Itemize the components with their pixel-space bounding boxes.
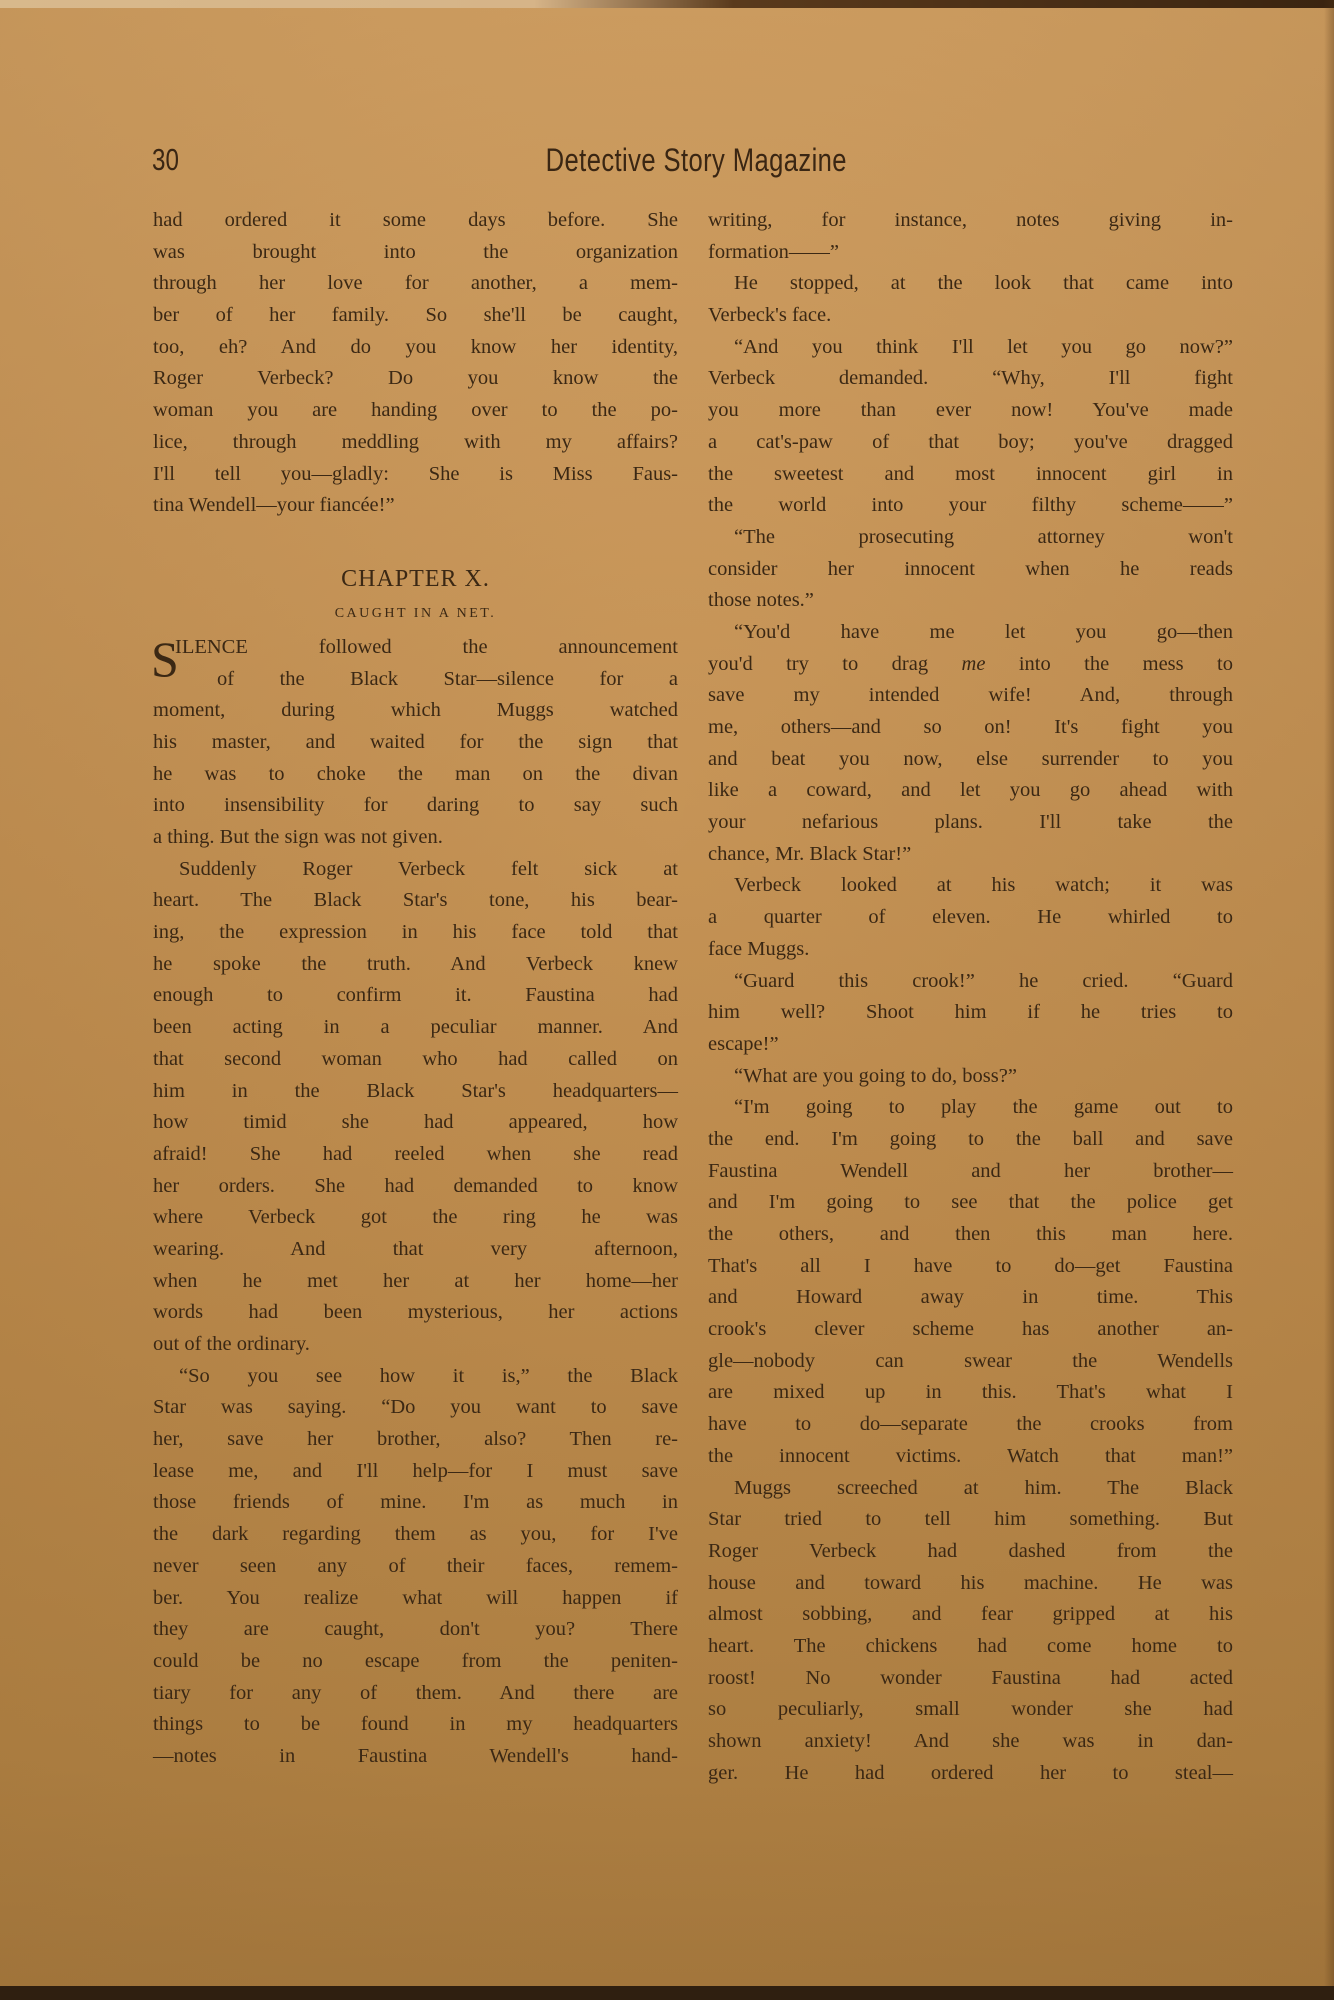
text-line: the dark regarding them as you, for I've — [153, 1519, 678, 1551]
text-line: those friends of mine. I'm as much in — [153, 1487, 678, 1519]
text-line: when he met her at her home—her — [153, 1266, 678, 1298]
text-line: chance, Mr. Black Star!” — [708, 839, 1233, 871]
page-right-edge — [1324, 0, 1334, 2000]
text-line: things to be found in my headquarters — [153, 1709, 678, 1741]
emphasis-text: me — [962, 653, 986, 675]
text-line: and Howard away in time. This — [708, 1282, 1233, 1314]
text-line: house and toward his machine. He was — [708, 1568, 1233, 1600]
paragraph: “What are you going to do, boss?” — [708, 1061, 1233, 1093]
text-line: and beat you now, else surrender to you — [708, 744, 1233, 776]
text-line: formation——” — [708, 237, 1233, 269]
text-line: lease me, and I'll help—for I must save — [153, 1456, 678, 1488]
text-line: the world into your filthy scheme——” — [708, 490, 1233, 522]
text-line: enough to confirm it. Faustina had — [153, 980, 678, 1012]
running-header: 30 Detective Story Magazine — [152, 142, 1240, 182]
text-line: He stopped, at the look that came into — [708, 268, 1233, 300]
text-line: “And you think I'll let you go now?” — [708, 332, 1233, 364]
text-line: Verbeck demanded. “Why, I'll fight — [708, 363, 1233, 395]
text-line: I'll tell you—gladly: She is Miss Faus- — [153, 459, 678, 491]
text-line: ber of her family. So she'll be caught, — [153, 300, 678, 332]
text-line: crook's clever scheme has another an- — [708, 1314, 1233, 1346]
chapter-subtitle: CAUGHT IN A NET. — [153, 596, 678, 632]
text-line: “What are you going to do, boss?” — [708, 1061, 1233, 1093]
page-bottom-edge — [0, 1986, 1334, 2000]
text-line: ILENCE followed the announcement — [153, 632, 678, 664]
text-line: ing, the expression in his face told tha… — [153, 917, 678, 949]
text-line: consider her innocent when he reads — [708, 554, 1233, 586]
paragraph: “You'd have me let you go—then you'd try… — [708, 617, 1233, 871]
text-line: your nefarious plans. I'll take the — [708, 807, 1233, 839]
text-line: “So you see how it is,” the Black — [153, 1361, 678, 1393]
paragraph: “Guard this crook!” he cried. “Guard him… — [708, 966, 1233, 1061]
text-line: roost! No wonder Faustina had acted — [708, 1663, 1233, 1695]
text-line: Faustina Wendell and her brother— — [708, 1156, 1233, 1188]
text-line: face Muggs. — [708, 934, 1233, 966]
paragraph: S ILENCE followed the announcement of th… — [153, 632, 678, 854]
text-line: That's all I have to do—get Faustina — [708, 1251, 1233, 1283]
text-line: “The prosecuting attorney won't — [708, 522, 1233, 554]
text-line: afraid! She had reeled when she read — [153, 1139, 678, 1171]
text-line: they are caught, don't you? There — [153, 1614, 678, 1646]
text-line: have to do—separate the crooks from — [708, 1409, 1233, 1441]
text-line: almost sobbing, and fear gripped at his — [708, 1599, 1233, 1631]
text-line: how timid she had appeared, how — [153, 1107, 678, 1139]
text-line: he was to choke the man on the divan — [153, 759, 678, 791]
text-line: Star tried to tell him something. But — [708, 1504, 1233, 1536]
text-line: Suddenly Roger Verbeck felt sick at — [153, 854, 678, 886]
text-line: lice, through meddling with my affairs? — [153, 427, 678, 459]
text-line: you more than ever now! You've made — [708, 395, 1233, 427]
chapter-title: CHAPTER X. — [153, 562, 678, 596]
text-line: tina Wendell—your fiancée!” — [153, 490, 678, 522]
text-line: of the Black Star—silence for a — [153, 664, 678, 696]
text-line: a thing. But the sign was not given. — [153, 822, 678, 854]
text-line: Star was saying. “Do you want to save — [153, 1392, 678, 1424]
paragraph: “And you think I'll let you go now?” Ver… — [708, 332, 1233, 522]
text-line: ber. You realize what will happen if — [153, 1583, 678, 1615]
text-line: —notes in Faustina Wendell's hand- — [153, 1741, 678, 1773]
text-line: gle—nobody can swear the Wendells — [708, 1346, 1233, 1378]
text-line: his master, and waited for the sign that — [153, 727, 678, 759]
text-line: Roger Verbeck? Do you know the — [153, 363, 678, 395]
page-top-edge — [0, 0, 1334, 8]
text-line: the sweetest and most innocent girl in — [708, 459, 1233, 491]
text-line: could be no escape from the peniten- — [153, 1646, 678, 1678]
text-line: Muggs screeched at him. The Black — [708, 1473, 1233, 1505]
paragraph: Muggs screeched at him. The Black Star t… — [708, 1473, 1233, 1790]
text-run: you'd try to drag — [708, 653, 962, 675]
text-line: a quarter of eleven. He whirled to — [708, 902, 1233, 934]
text-line: the innocent victims. Watch that man!” — [708, 1441, 1233, 1473]
text-line: the end. I'm going to the ball and save — [708, 1124, 1233, 1156]
text-line: that second woman who had called on — [153, 1044, 678, 1076]
magazine-page: 30 Detective Story Magazine had ordered … — [0, 0, 1334, 2000]
text-line: moment, during which Muggs watched — [153, 695, 678, 727]
text-line: through her love for another, a mem- — [153, 268, 678, 300]
text-line: are mixed up in this. That's what I — [708, 1377, 1233, 1409]
paragraph: Verbeck looked at his watch; it was a qu… — [708, 870, 1233, 965]
text-line: save my intended wife! And, through — [708, 680, 1233, 712]
text-line: where Verbeck got the ring he was — [153, 1202, 678, 1234]
text-line: writing, for instance, notes giving in- — [708, 205, 1233, 237]
text-run: into the mess to — [985, 653, 1233, 675]
text-line: been acting in a peculiar manner. And — [153, 1012, 678, 1044]
text-line: tiary for any of them. And there are — [153, 1678, 678, 1710]
text-line: into insensibility for daring to say suc… — [153, 790, 678, 822]
text-line: him well? Shoot him if he tries to — [708, 997, 1233, 1029]
text-line: Roger Verbeck had dashed from the — [708, 1536, 1233, 1568]
text-line: he spoke the truth. And Verbeck knew — [153, 949, 678, 981]
text-line: had ordered it some days before. She — [153, 205, 678, 237]
text-line: her orders. She had demanded to know — [153, 1171, 678, 1203]
text-line: heart. The Black Star's tone, his bear- — [153, 885, 678, 917]
text-line: Verbeck looked at his watch; it was — [708, 870, 1233, 902]
paragraph: “The prosecuting attorney won't consider… — [708, 522, 1233, 617]
right-column: writing, for instance, notes giving in- … — [708, 205, 1233, 1789]
text-line: too, eh? And do you know her identity, — [153, 332, 678, 364]
text-line: “I'm going to play the game out to — [708, 1092, 1233, 1124]
text-line: a cat's-paw of that boy; you've dragged — [708, 427, 1233, 459]
text-line: never seen any of their faces, remem- — [153, 1551, 678, 1583]
text-line: heart. The chickens had come home to — [708, 1631, 1233, 1663]
running-title-text: Detective Story Magazine — [545, 142, 846, 179]
text-line: so peculiarly, small wonder she had — [708, 1694, 1233, 1726]
text-line: escape!” — [708, 1029, 1233, 1061]
text-line: those notes.” — [708, 585, 1233, 617]
paragraph: “I'm going to play the game out to the e… — [708, 1092, 1233, 1472]
text-line: shown anxiety! And she was in dan- — [708, 1726, 1233, 1758]
text-line: the others, and then this man here. — [708, 1219, 1233, 1251]
text-line: words had been mysterious, her actions — [153, 1297, 678, 1329]
text-line: ger. He had ordered her to steal— — [708, 1758, 1233, 1790]
text-line: Verbeck's face. — [708, 300, 1233, 332]
paragraph: Suddenly Roger Verbeck felt sick at hear… — [153, 854, 678, 1361]
text-line-with-emphasis: you'd try to drag me into the mess to — [708, 649, 1233, 681]
running-title: Detective Story Magazine — [152, 142, 1240, 179]
text-line: woman you are handing over to the po- — [153, 395, 678, 427]
paragraph: writing, for instance, notes giving in- … — [708, 205, 1233, 268]
drop-cap: S — [151, 634, 179, 684]
text-line: me, others—and so on! It's fight you — [708, 712, 1233, 744]
text-line: like a coward, and let you go ahead with — [708, 775, 1233, 807]
text-line: and I'm going to see that the police get — [708, 1187, 1233, 1219]
text-line: her, save her brother, also? Then re- — [153, 1424, 678, 1456]
text-line: him in the Black Star's headquarters— — [153, 1076, 678, 1108]
paragraph: He stopped, at the look that came into V… — [708, 268, 1233, 331]
text-line: out of the ordinary. — [153, 1329, 678, 1361]
text-line: wearing. And that very afternoon, — [153, 1234, 678, 1266]
text-line: was brought into the organization — [153, 237, 678, 269]
left-column: had ordered it some days before. She was… — [153, 205, 678, 1773]
paragraph: “So you see how it is,” the Black Star w… — [153, 1361, 678, 1773]
text-line: “Guard this crook!” he cried. “Guard — [708, 966, 1233, 998]
paragraph: had ordered it some days before. She was… — [153, 205, 678, 522]
text-line: “You'd have me let you go—then — [708, 617, 1233, 649]
